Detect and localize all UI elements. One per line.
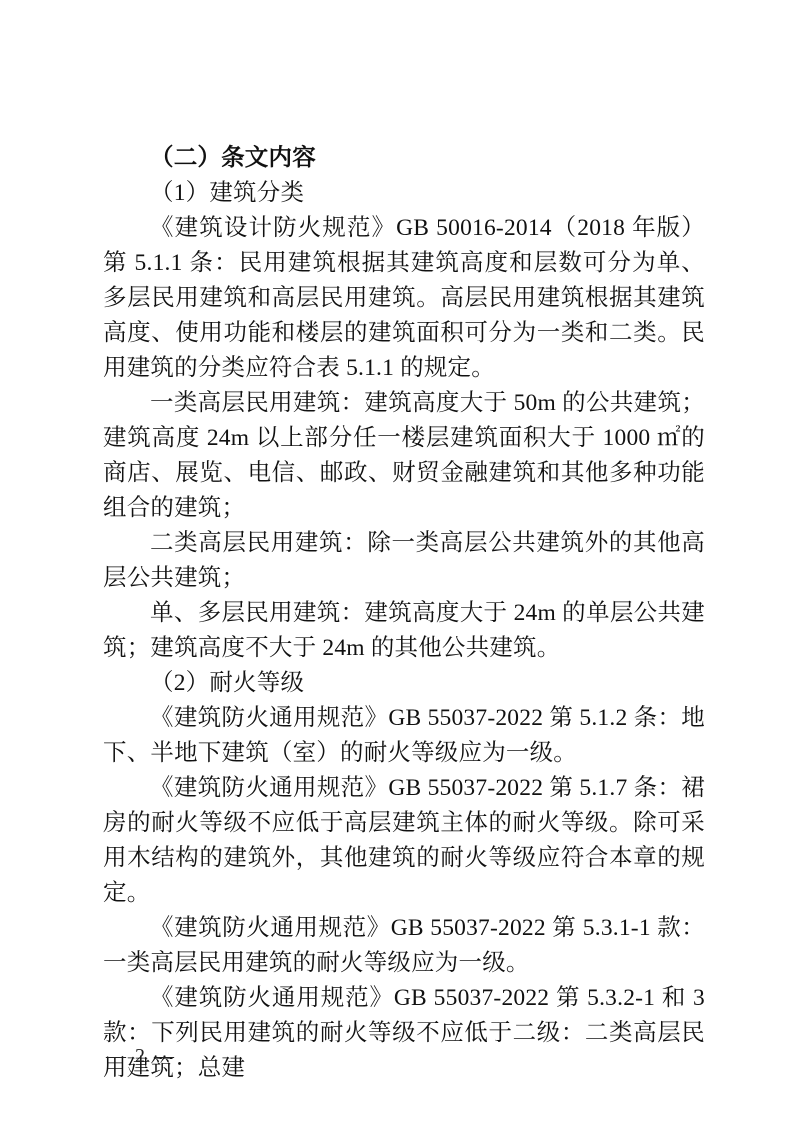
- paragraph-gb50016-5-1-1: 《建筑设计防火规范》GB 50016-2014（2018 年版）第 5.1.1 …: [103, 211, 705, 386]
- paragraph-gb55037-5-3-1-1: 《建筑防火通用规范》GB 55037-2022 第 5.3.1-1 款：一类高层…: [103, 911, 705, 981]
- page-number: — 2 —: [106, 1044, 176, 1068]
- paragraph-class1-highrise: 一类高层民用建筑：建筑高度大于 50m 的公共建筑；建筑高度 24m 以上部分任…: [103, 386, 705, 526]
- paragraph-gb55037-5-1-7: 《建筑防火通用规范》GB 55037-2022 第 5.1.7 条：裙房的耐火等…: [103, 771, 705, 911]
- section-heading-article-content: （二）条文内容: [103, 141, 705, 176]
- paragraph-gb55037-5-3-2-1: 《建筑防火通用规范》GB 55037-2022 第 5.3.2-1 和 3 款：…: [103, 981, 705, 1086]
- subsection-heading-building-classification: （1）建筑分类: [103, 176, 705, 211]
- document-page: （二）条文内容 （1）建筑分类 《建筑设计防火规范》GB 50016-2014（…: [0, 0, 800, 1132]
- paragraph-single-multistory: 单、多层民用建筑：建筑高度大于 24m 的单层公共建筑；建筑高度不大于 24m …: [103, 596, 705, 666]
- paragraph-gb55037-5-1-2: 《建筑防火通用规范》GB 55037-2022 第 5.1.2 条：地下、半地下…: [103, 701, 705, 771]
- subsection-heading-fire-resistance-rating: （2）耐火等级: [103, 666, 705, 701]
- document-body: （二）条文内容 （1）建筑分类 《建筑设计防火规范》GB 50016-2014（…: [103, 141, 705, 1086]
- paragraph-class2-highrise: 二类高层民用建筑：除一类高层公共建筑外的其他高层公共建筑；: [103, 526, 705, 596]
